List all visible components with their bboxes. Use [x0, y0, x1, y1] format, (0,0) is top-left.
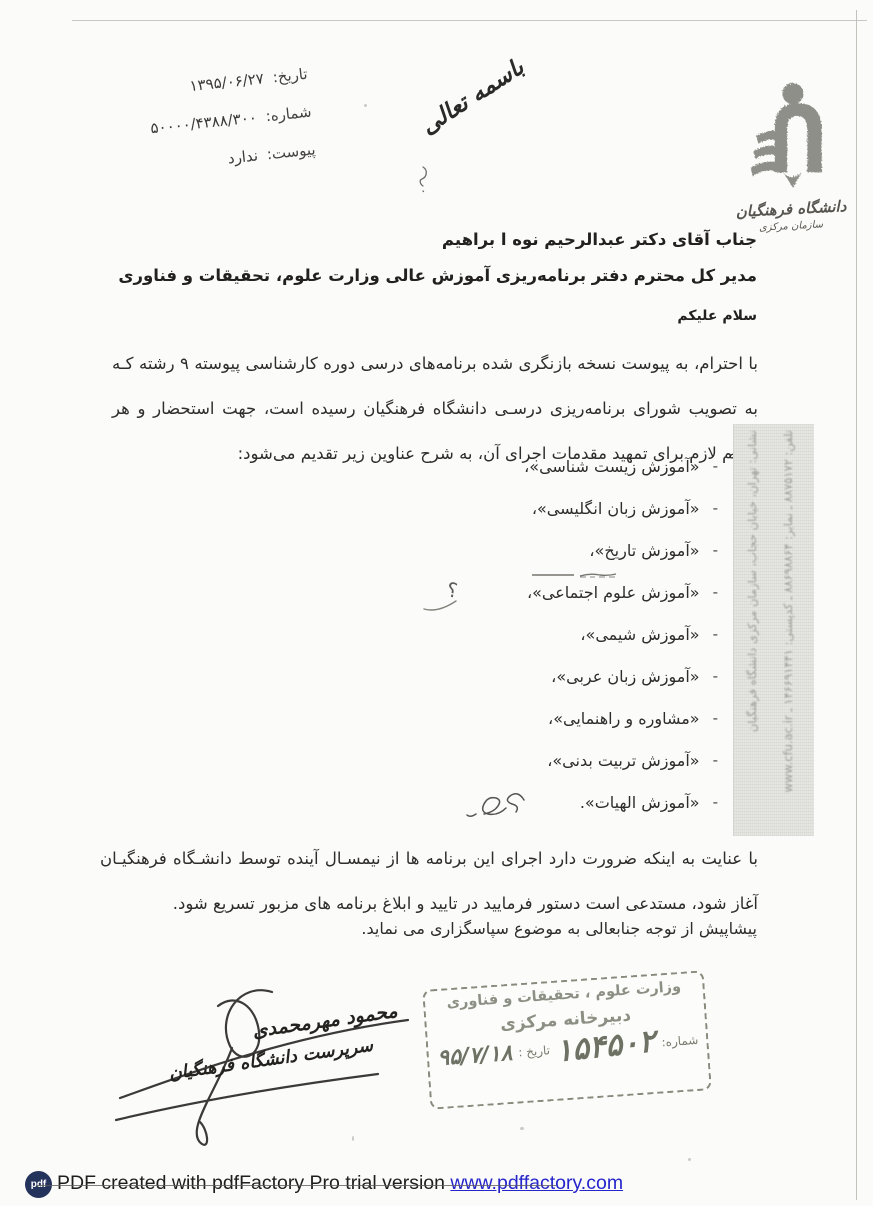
list-item-text: «آموزش الهیات». [580, 793, 700, 812]
list-item-text: «آموزش تاریخ»، [589, 541, 699, 560]
registry-stamp: وزارت علوم ، تحقیقات و فناوری دبیرخانه م… [422, 970, 712, 1109]
address-line: نشانی: تهران، خیابان حجاب، سازمان مرکزی … [734, 424, 770, 836]
recipient-name: جناب آقای دکتر عبدالرحیم نوه ا براهیم [118, 230, 757, 249]
pdffactory-link[interactable]: www.pdffactory.com [450, 1172, 623, 1194]
list-item: -«آموزش تربیت بدنی»، [524, 739, 718, 781]
scan-speck [688, 1158, 691, 1161]
signature-block: محمود مهرمحمدی سرپرست دانشگاه فرهنگیان [112, 980, 412, 1150]
recipient-block: جناب آقای دکتر عبدالرحیم نوه ا براهیم مد… [118, 230, 757, 324]
bullet-dash: - [713, 457, 718, 475]
paragraph-line: با احترام، به پیوست نسخه بازنگری شده برن… [112, 341, 758, 386]
list-item-text: «آموزش زبان انگلیسی»، [532, 499, 700, 518]
list-item-text: «آموزش شیمی»، [580, 625, 699, 644]
list-item-text: «آموزش تربیت بدنی»، [547, 751, 699, 770]
contact-line: تلفن: ۸۸۷۵۱۷۲ ـ نمابر: ۸۸۶۹۸۸۶۴ ـ کدپستی… [770, 424, 806, 836]
list-item: -«آموزش زبان انگلیسی»، [524, 487, 718, 529]
farhangian-logo-icon [743, 72, 839, 194]
besmeleh-calligraphy: باسمه تعالی [416, 54, 528, 140]
date-label: تاریخ: [271, 55, 310, 96]
stamp-date-label: تاریخ : [518, 1043, 551, 1059]
bullet-dash: - [713, 751, 718, 769]
salutation: سلام علیکم [118, 308, 757, 324]
scan-speck [520, 1127, 524, 1130]
handwritten-mark-small [414, 164, 432, 194]
bullet-dash: - [713, 709, 718, 727]
bullet-dash: - [713, 625, 718, 643]
recipient-title: مدیر کل محترم دفتر برنامه‌ریزی آموزش عال… [118, 266, 757, 285]
address-side-strip: نشانی: تهران، خیابان حجاب، سازمان مرکزی … [733, 424, 814, 836]
list-item: -«مشاوره و راهنمایی»، [524, 697, 718, 739]
footer-text: PDF created with pdfFactory Pro trial ve… [57, 1172, 450, 1194]
handwritten-scribble [462, 786, 532, 822]
bullet-dash: - [713, 499, 718, 517]
body-paragraph-2: با عنایت به اینکه ضرورت دارد اجرای این ب… [100, 836, 758, 926]
address-strip-text: نشانی: تهران، خیابان حجاب، سازمان مرکزی … [734, 424, 814, 836]
stamp-number-label: شماره: [661, 1033, 699, 1050]
handwritten-question-mark: ؟ [445, 577, 459, 602]
paragraph-line: با عنایت به اینکه ضرورت دارد اجرای این ب… [100, 836, 758, 881]
footer-strike-line [36, 1185, 556, 1186]
paragraph-line: به تصویب شورای برنامه‌ریزی درسـی دانشگاه… [112, 386, 758, 431]
list-item: -«آموزش زبان عربی»، [524, 655, 718, 697]
scan-edge-top [72, 20, 867, 21]
bullet-dash: - [713, 583, 718, 601]
scanned-letter-page: { "colors":{"ink":"#2e2d2b","stamp_ink":… [0, 0, 873, 1206]
attachment-value: ندارد [226, 136, 260, 177]
list-item: -«آموزش زیست شناسی»، [524, 445, 718, 487]
bullet-dash: - [713, 667, 718, 685]
stamp-date-value: ۹۵/۷/۱۸ [436, 1040, 513, 1070]
scan-edge-right [856, 10, 857, 1200]
list-item: -«آموزش علوم اجتماعی»، [524, 571, 718, 613]
university-logo-block: دانشگاه فرهنگیان سازمان مرکزی [727, 72, 855, 232]
list-item-text: «آموزش علوم اجتماعی»، [527, 583, 700, 602]
attachment-label: پیوست: [265, 130, 318, 173]
letter-meta: تاریخ: ۱۳۹۵/۰۶/۲۷ شماره: ۵۰۰۰۰/۴۳۸۸/۳۰۰ … [87, 55, 318, 191]
list-item-text: «مشاوره و راهنمایی»، [548, 709, 700, 728]
scan-speck [352, 1136, 354, 1141]
list-item-text: «آموزش زبان عربی»، [551, 667, 699, 686]
bullet-dash: - [713, 541, 718, 559]
list-item-text: «آموزش زیست شناسی»، [524, 457, 699, 476]
list-item: -«آموزش الهیات». [524, 781, 718, 823]
list-item: -«آموزش شیمی»، [524, 613, 718, 655]
list-item: -«آموزش تاریخ»، [524, 529, 718, 571]
thanks-line: پیشاپیش از توجه جنابعالی به موضوع سپاسگز… [361, 919, 757, 938]
bullet-dash: - [713, 793, 718, 811]
pdf-factory-footer: PDF created with pdfFactory Pro trial ve… [57, 1172, 623, 1195]
scan-speck [364, 104, 367, 107]
stamp-number-value: ۱۵۴۵۰۲ [554, 1023, 657, 1069]
number-label: شماره: [264, 93, 314, 136]
program-list: -«آموزش زیست شناسی»، -«آموزش زبان انگلیس… [524, 445, 718, 823]
